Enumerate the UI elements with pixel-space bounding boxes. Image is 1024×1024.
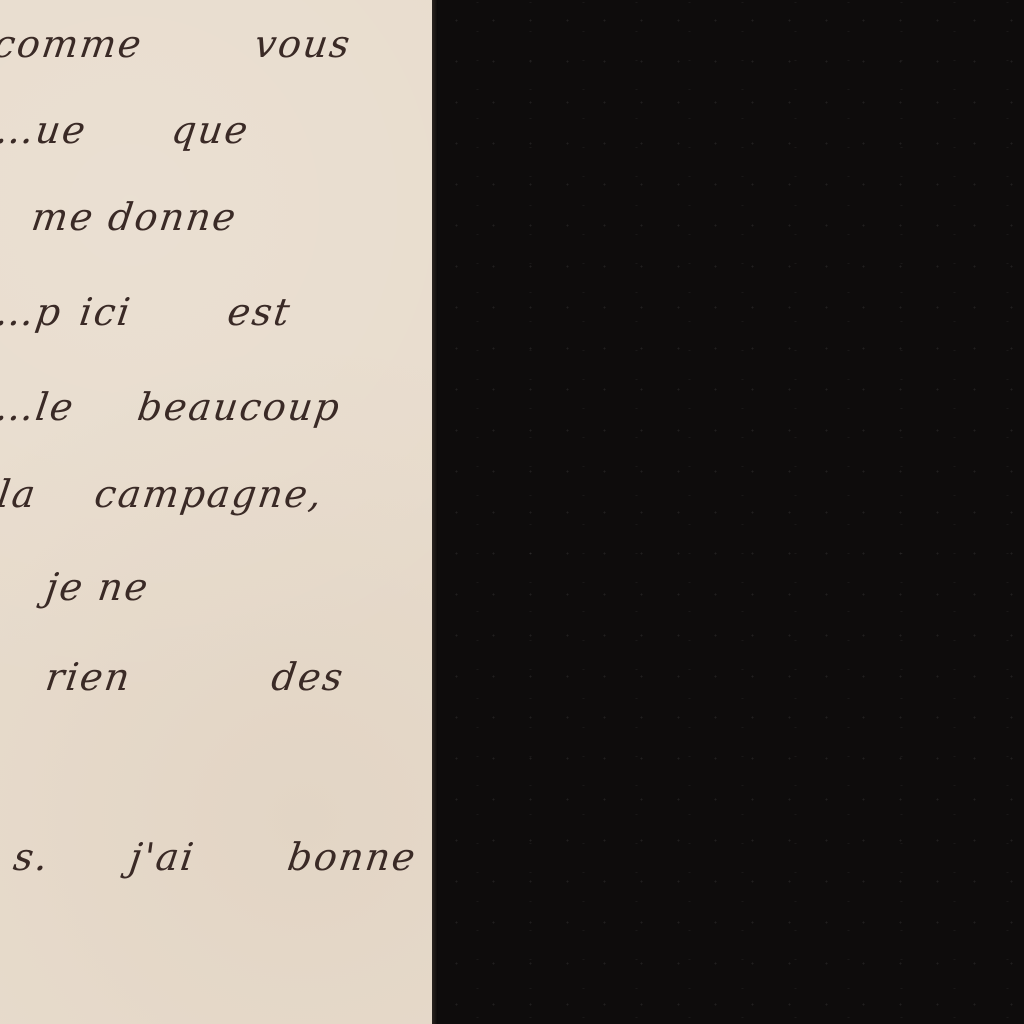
handwritten-word: s. — [11, 835, 53, 879]
handwritten-word: rien — [43, 655, 134, 699]
handwritten-word: campagne, — [92, 472, 327, 516]
handwritten-word: vous — [252, 22, 355, 66]
handwritten-word: …p — [0, 290, 65, 334]
manuscript-page: comme vous …ue que me donne …p ici est …… — [0, 0, 435, 1024]
handwritten-word: comme — [0, 22, 146, 66]
handwritten-word: des — [269, 655, 348, 699]
handwritten-word: …ue — [0, 108, 90, 152]
handwritten-word: bonne — [285, 835, 420, 879]
handwritten-word: beaucoup — [135, 385, 344, 429]
handwritten-word: je ne — [43, 565, 152, 609]
handwritten-word: …le — [0, 385, 78, 429]
handwritten-word: ici — [77, 290, 135, 334]
handwritten-word: que — [169, 108, 252, 152]
handwritten-word: me donne — [29, 195, 240, 239]
black-background — [438, 0, 1024, 1024]
handwritten-word: est — [225, 290, 294, 334]
handwritten-word: la — [0, 472, 40, 516]
handwritten-word: j'ai — [127, 835, 198, 879]
